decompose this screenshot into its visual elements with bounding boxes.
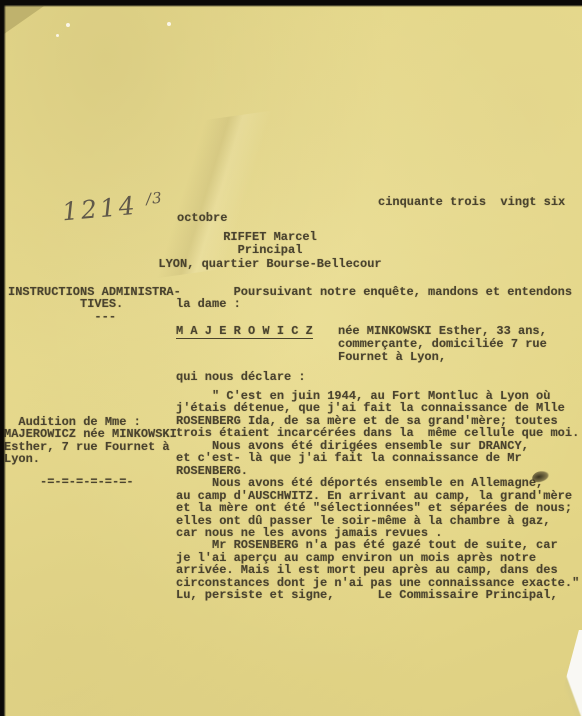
margin-separator-dashes: -=-=-=-=-=-=- <box>40 476 134 488</box>
subject-name-underlined: M A J E R O W I C Z <box>176 325 313 339</box>
testimony-paragraph-1: " C'est en juin 1944, au Fort Montluc à … <box>176 390 579 440</box>
paper-sheet: 1214/3 cinquante trois vingt six octobre… <box>0 0 582 716</box>
officer-location: LYON, quartier Bourse-Bellecour <box>158 258 382 271</box>
testimony-paragraph-4: Mr ROSENBERG n'a pas été gazé tout de su… <box>176 539 579 589</box>
subject-details: née MINKOWSKI Esther, 33 ans, commerçant… <box>338 325 547 364</box>
corner-fold <box>4 6 44 34</box>
paper-speck <box>66 23 70 27</box>
testimony-paragraph-2: Nous avons été dirigées ensemble sur DRA… <box>176 440 529 477</box>
closing-signature-line: Lu, persiste et signe, Le Commissaire Pr… <box>176 589 558 601</box>
paper-speck <box>56 34 59 37</box>
scan-edge-top <box>0 0 582 7</box>
date-month: octobre <box>177 212 227 224</box>
officer-block: RIFFET Marcel Principal LYON, quartier B… <box>158 231 382 271</box>
testimony-paragraph-3: Nous avons été déportés ensemble en Alle… <box>176 477 572 539</box>
scan-edge-left <box>0 0 6 716</box>
paper-speck <box>167 22 171 26</box>
amount-in-words: cinquante trois vingt six <box>378 196 565 208</box>
margin-note-instructions: INSTRUCTIONS ADMINISTRA- TIVES. --- <box>8 286 181 323</box>
scanned-document: 1214/3 cinquante trois vingt six octobre… <box>0 0 582 716</box>
handwritten-folio-suffix: /3 <box>145 189 163 208</box>
declaration-intro: qui nous déclare : <box>176 371 306 383</box>
officer-title: Principal <box>158 244 382 257</box>
body-intro: Poursuivant notre enquête, mandons et en… <box>176 286 572 311</box>
